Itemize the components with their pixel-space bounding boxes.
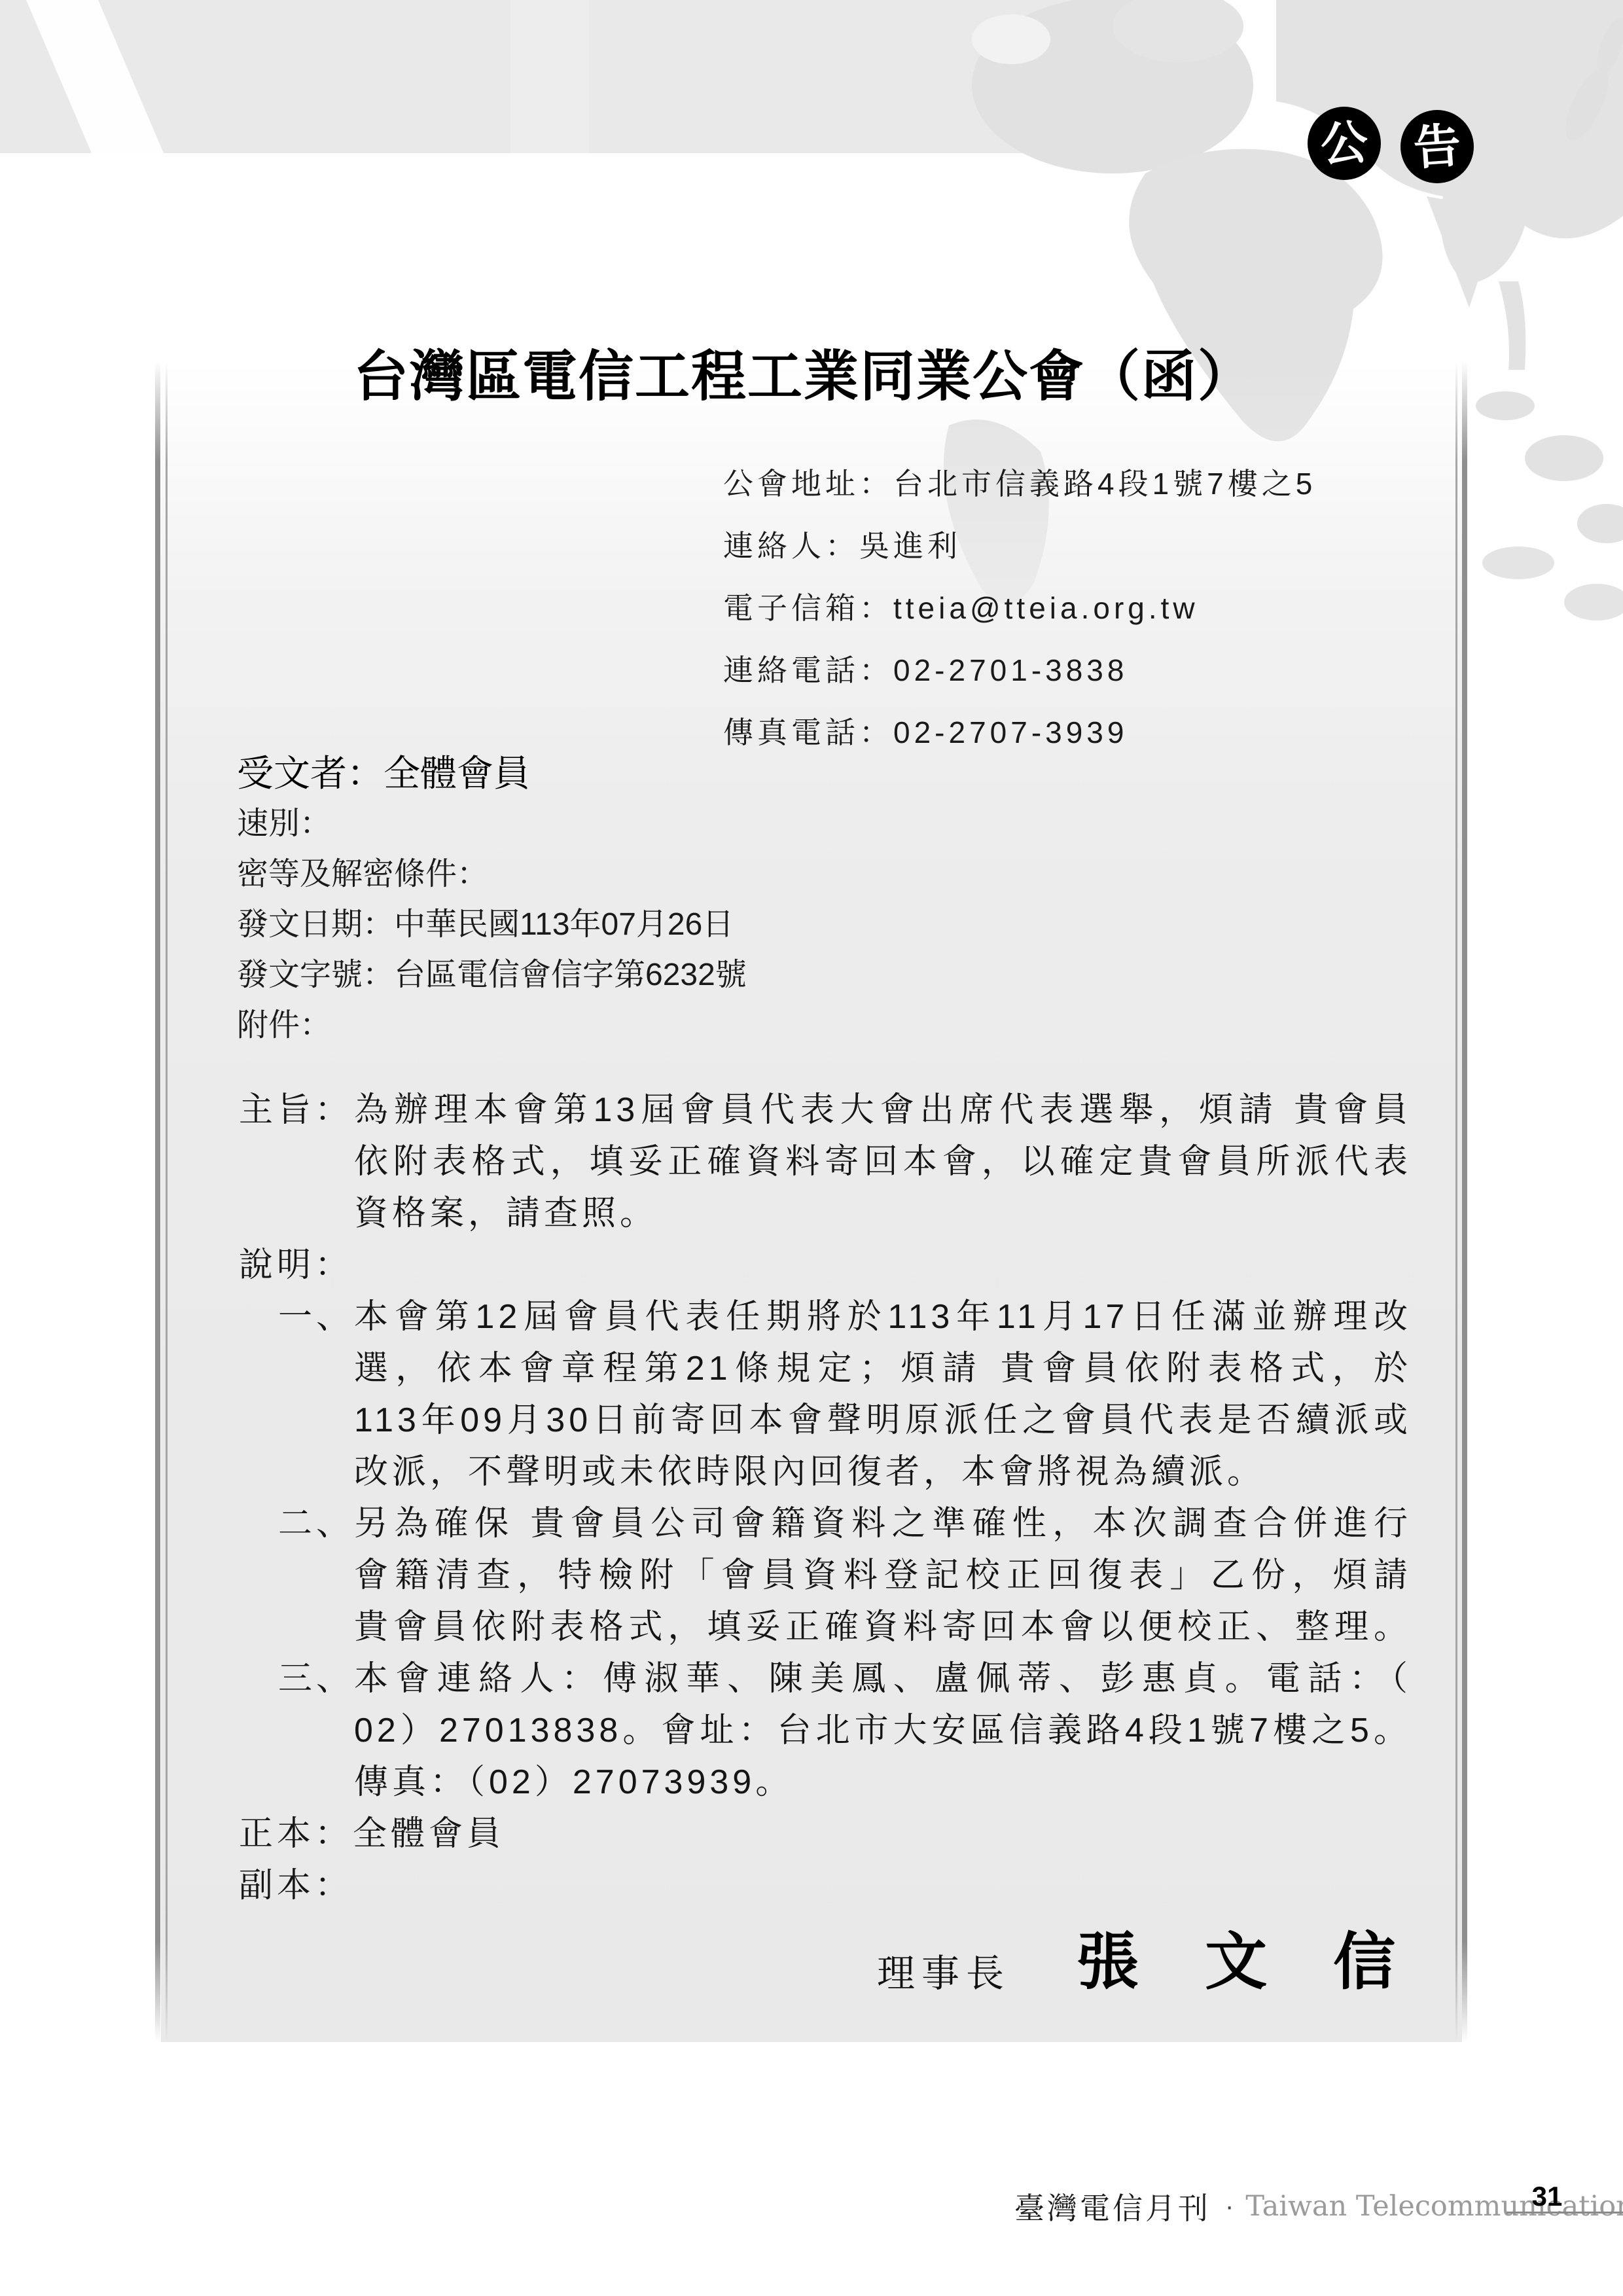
footer-separator-dot: · [1225, 2192, 1234, 2221]
item-2-line: 會籍清查，特檢附「會員資料登記校正回復表」乙份，煩請 [354, 1550, 1412, 1602]
meta-security: 密等及解密條件： [237, 849, 957, 899]
subject-line: 資格案，請查照。 [354, 1188, 1412, 1240]
meta-ref-no: 發文字號：台區電信會信字第6232號 [237, 950, 957, 1000]
panel-border-right-inner [1455, 361, 1457, 2042]
letter-title: 台灣區電信工程工業同業公會（函） [353, 340, 1335, 412]
item-1-line: 113年09月30日前寄回本會聲明原派任之會員代表是否續派或 [354, 1395, 1412, 1446]
explanation-item-1: 一、 本會第12屆會員代表任期將於113年11月17日任滿並辦理改 選，依本會章… [239, 1291, 1417, 1498]
item-1-line: 改派，不聲明或未依時限內回復者，本會將視為續派。 [354, 1446, 1412, 1498]
panel-border-left-outer [155, 361, 160, 2042]
document-meta-block: 受文者：全體會員 速別： 密等及解密條件： 發文日期：中華民國113年07月26… [237, 748, 957, 1050]
page-number: 31 [1520, 2182, 1575, 2211]
contact-person: 連絡人：吳進利 [723, 515, 1417, 577]
magazine-page: 公 告 台灣區電信工程工業同業公會（函） 公會地址：台北市信義路4段1號7樓之5… [0, 0, 1623, 2296]
page-number-rule [1507, 2212, 1623, 2214]
item-3-line: 本會連絡人：傅淑華、陳美鳳、盧佩蒂、彭惠貞。電話：（ [354, 1653, 1412, 1705]
panel-border-left-inner [166, 361, 168, 2042]
item-2-line: 貴會員依附表格式，填妥正確資料寄回本會以便校正、整理。 [354, 1602, 1412, 1653]
subject-label: 主旨： [239, 1085, 354, 1136]
letter-body: 主旨： 為辦理本會第13屆會員代表大會出席代表選舉，煩請 貴會員 依附表格式，填… [239, 1085, 1417, 1912]
announcement-badge-left: 公 [1308, 107, 1381, 180]
item-1-label: 一、 [278, 1291, 354, 1343]
announcement-badge-right: 告 [1400, 110, 1474, 183]
explanation-heading: 說明： [239, 1240, 1417, 1291]
announcement-badge-left-char: 公 [1319, 118, 1370, 169]
meta-speed: 速別： [237, 798, 957, 849]
signature-title: 理事長 [877, 1943, 1010, 1998]
item-3-line: 傳真：（02）27073939。 [354, 1757, 1412, 1808]
item-2-line: 另為確保 貴會員公司會籍資料之準確性，本次調查合併進行 [354, 1498, 1412, 1550]
subject-line: 依附表格式，填妥正確資料寄回本會，以確定貴會員所派代表 [354, 1136, 1412, 1188]
contact-address: 公會地址：台北市信義路4段1號7樓之5 [723, 453, 1417, 515]
subject-line: 為辦理本會第13屆會員代表大會出席代表選舉，煩請 貴會員 [354, 1085, 1412, 1136]
item-1-line: 本會第12屆會員代表任期將於113年11月17日任滿並辦理改 [354, 1291, 1412, 1343]
subject-paragraph: 主旨： 為辦理本會第13屆會員代表大會出席代表選舉，煩請 貴會員 依附表格式，填… [239, 1085, 1417, 1240]
explanation-item-2: 二、 另為確保 貴會員公司會籍資料之準確性，本次調查合併進行 會籍清查，特檢附「… [239, 1498, 1417, 1653]
meta-date: 發文日期：中華民國113年07月26日 [237, 899, 957, 950]
sender-contact-block: 公會地址：台北市信義路4段1號7樓之5 連絡人：吳進利 電子信箱：tteia@t… [723, 453, 1417, 764]
meta-attachment: 附件： [237, 1000, 957, 1050]
announcement-badge-right-char: 告 [1412, 122, 1463, 172]
contact-email: 電子信箱：tteia@tteia.org.tw [723, 577, 1417, 639]
explanation-item-3: 三、 本會連絡人：傅淑華、陳美鳳、盧佩蒂、彭惠貞。電話：（ 02）2701383… [239, 1653, 1417, 1808]
panel-border-right-outer [1462, 361, 1467, 2042]
item-3-line: 02）27013838。會址：台北市大安區信義路4段1號7樓之5。 [354, 1705, 1412, 1757]
footer-journal-name-zh: 臺灣電信月刊 [1014, 2185, 1211, 2228]
item-2-label: 二、 [278, 1498, 354, 1550]
item-1-line: 選，依本會章程第21條規定；煩請 貴會員依附表格式，於 [354, 1343, 1412, 1395]
contact-phone: 連絡電話：02-2701-3838 [723, 639, 1417, 702]
distribution-original: 正本：全體會員 [239, 1808, 1417, 1860]
item-3-label: 三、 [278, 1653, 354, 1705]
meta-recipient: 受文者：全體會員 [237, 748, 957, 798]
distribution-copy: 副本： [239, 1860, 1417, 1912]
signature-name: 張 文 信 [1077, 1912, 1418, 2001]
